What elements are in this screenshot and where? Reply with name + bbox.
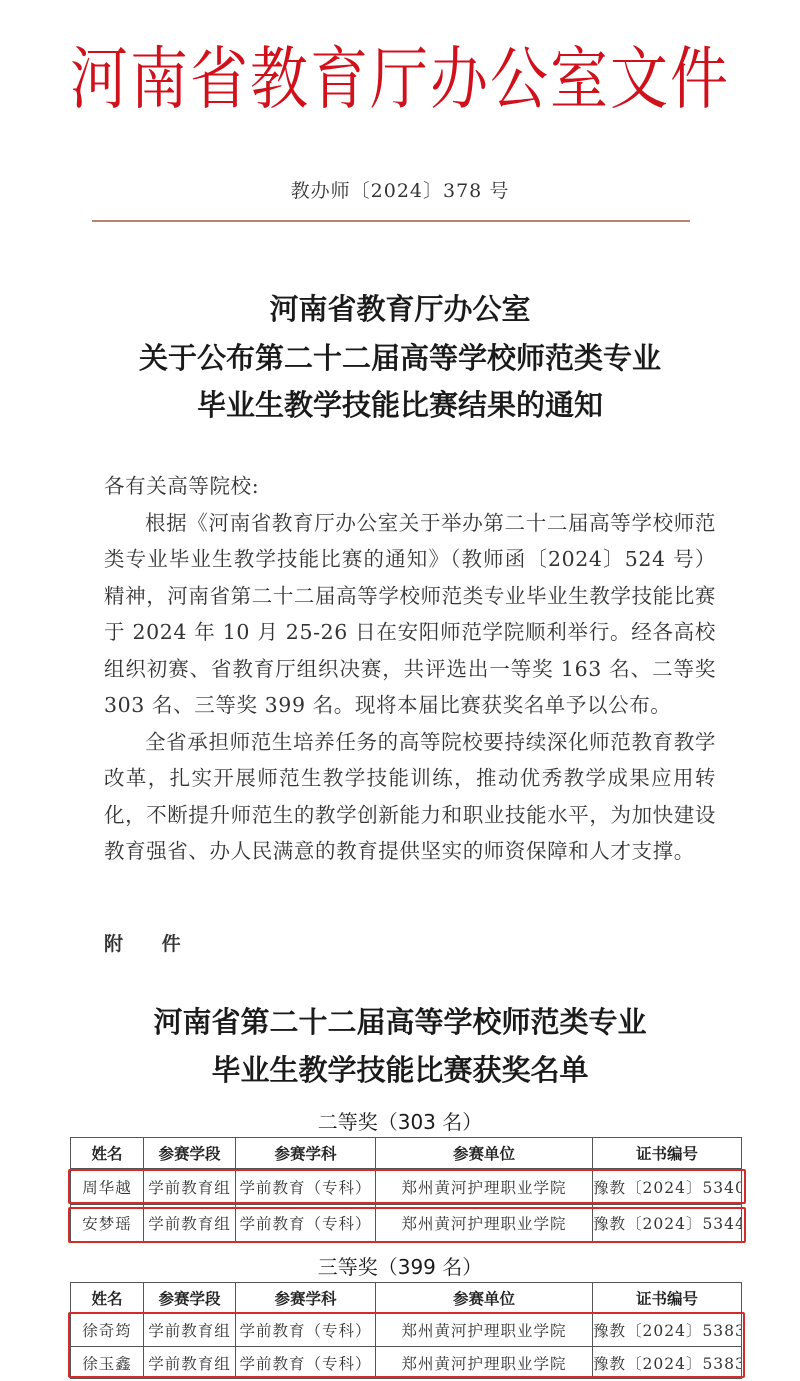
second-prize-table: 姓名 参赛学段 参赛学科 参赛单位 证书编号 周华越 学前教育组 学前教育（专科… bbox=[70, 1137, 742, 1242]
notice-title-line-1: 河南省教育厅办公室 bbox=[0, 288, 800, 330]
column-header-certificate: 证书编号 bbox=[593, 1138, 742, 1169]
table-row: 安梦瑶 学前教育组 学前教育（专科） 郑州黄河护理职业学院 豫教〔2024〕53… bbox=[71, 1205, 742, 1242]
cell-stage: 学前教育组 bbox=[144, 1347, 236, 1379]
third-prize-title: 三等奖（399 名） bbox=[0, 1251, 800, 1280]
column-header-subject: 参赛学科 bbox=[236, 1138, 376, 1169]
cell-unit: 郑州黄河护理职业学院 bbox=[376, 1205, 593, 1242]
cell-stage: 学前教育组 bbox=[144, 1169, 236, 1205]
table-header-row: 姓名 参赛学段 参赛学科 参赛单位 证书编号 bbox=[71, 1283, 742, 1314]
table-row: 徐玉鑫 学前教育组 学前教育（专科） 郑州黄河护理职业学院 豫教〔2024〕53… bbox=[71, 1347, 742, 1379]
table-row: 徐奇筠 学前教育组 学前教育（专科） 郑州黄河护理职业学院 豫教〔2024〕53… bbox=[71, 1314, 742, 1347]
cell-name: 安梦瑶 bbox=[71, 1205, 144, 1242]
document-number: 教办师〔2024〕378 号 bbox=[0, 176, 800, 203]
cell-certificate: 豫教〔2024〕53405 bbox=[593, 1169, 742, 1205]
third-prize-table: 姓名 参赛学段 参赛学科 参赛单位 证书编号 徐奇筠 学前教育组 学前教育（专科… bbox=[70, 1282, 742, 1379]
cell-stage: 学前教育组 bbox=[144, 1314, 236, 1347]
notice-body: 各有关高等院校: 根据《河南省教育厅办公室关于举办第二十二届高等学校师范类专业毕… bbox=[104, 468, 716, 870]
cell-certificate: 豫教〔2024〕53832 bbox=[593, 1347, 742, 1379]
cell-stage: 学前教育组 bbox=[144, 1205, 236, 1242]
cell-subject: 学前教育（专科） bbox=[236, 1314, 376, 1347]
column-header-subject: 参赛学科 bbox=[236, 1283, 376, 1314]
cell-unit: 郑州黄河护理职业学院 bbox=[376, 1314, 593, 1347]
table-header-row: 姓名 参赛学段 参赛学科 参赛单位 证书编号 bbox=[71, 1138, 742, 1169]
cell-certificate: 豫教〔2024〕53442 bbox=[593, 1205, 742, 1242]
second-prize-title: 二等奖（303 名） bbox=[0, 1106, 800, 1135]
masthead-divider bbox=[92, 220, 690, 222]
column-header-stage: 参赛学段 bbox=[144, 1283, 236, 1314]
cell-name: 徐玉鑫 bbox=[71, 1347, 144, 1379]
column-header-unit: 参赛单位 bbox=[376, 1138, 593, 1169]
cell-name: 徐奇筠 bbox=[71, 1314, 144, 1347]
body-paragraph-2: 全省承担师范生培养任务的高等院校要持续深化师范教育教学改革，扎实开展师范生教学技… bbox=[104, 724, 716, 870]
notice-title-line-3: 毕业生教学技能比赛结果的通知 bbox=[0, 384, 800, 426]
cell-subject: 学前教育（专科） bbox=[236, 1205, 376, 1242]
cell-subject: 学前教育（专科） bbox=[236, 1347, 376, 1379]
column-header-name: 姓名 bbox=[71, 1138, 144, 1169]
award-list-title-line-2: 毕业生教学技能比赛获奖名单 bbox=[0, 1048, 800, 1092]
cell-name: 周华越 bbox=[71, 1169, 144, 1205]
cell-unit: 郑州黄河护理职业学院 bbox=[376, 1169, 593, 1205]
column-header-unit: 参赛单位 bbox=[376, 1283, 593, 1314]
cell-subject: 学前教育（专科） bbox=[236, 1169, 376, 1205]
cell-certificate: 豫教〔2024〕53831 bbox=[593, 1314, 742, 1347]
body-paragraph-1: 根据《河南省教育厅办公室关于举办第二十二届高等学校师范类专业毕业生教学技能比赛的… bbox=[104, 505, 716, 724]
table-row: 周华越 学前教育组 学前教育（专科） 郑州黄河护理职业学院 豫教〔2024〕53… bbox=[71, 1169, 742, 1205]
award-list-title-line-1: 河南省第二十二届高等学校师范类专业 bbox=[0, 1000, 800, 1044]
column-header-name: 姓名 bbox=[71, 1283, 144, 1314]
attachment-label: 附 件 bbox=[104, 929, 197, 956]
column-header-stage: 参赛学段 bbox=[144, 1138, 236, 1169]
notice-title-line-2: 关于公布第二十二届高等学校师范类专业 bbox=[0, 337, 800, 379]
column-header-certificate: 证书编号 bbox=[593, 1283, 742, 1314]
cell-unit: 郑州黄河护理职业学院 bbox=[376, 1347, 593, 1379]
issuer-heading: 河南省教育厅办公室文件 bbox=[0, 40, 800, 118]
salutation: 各有关高等院校: bbox=[104, 468, 716, 505]
